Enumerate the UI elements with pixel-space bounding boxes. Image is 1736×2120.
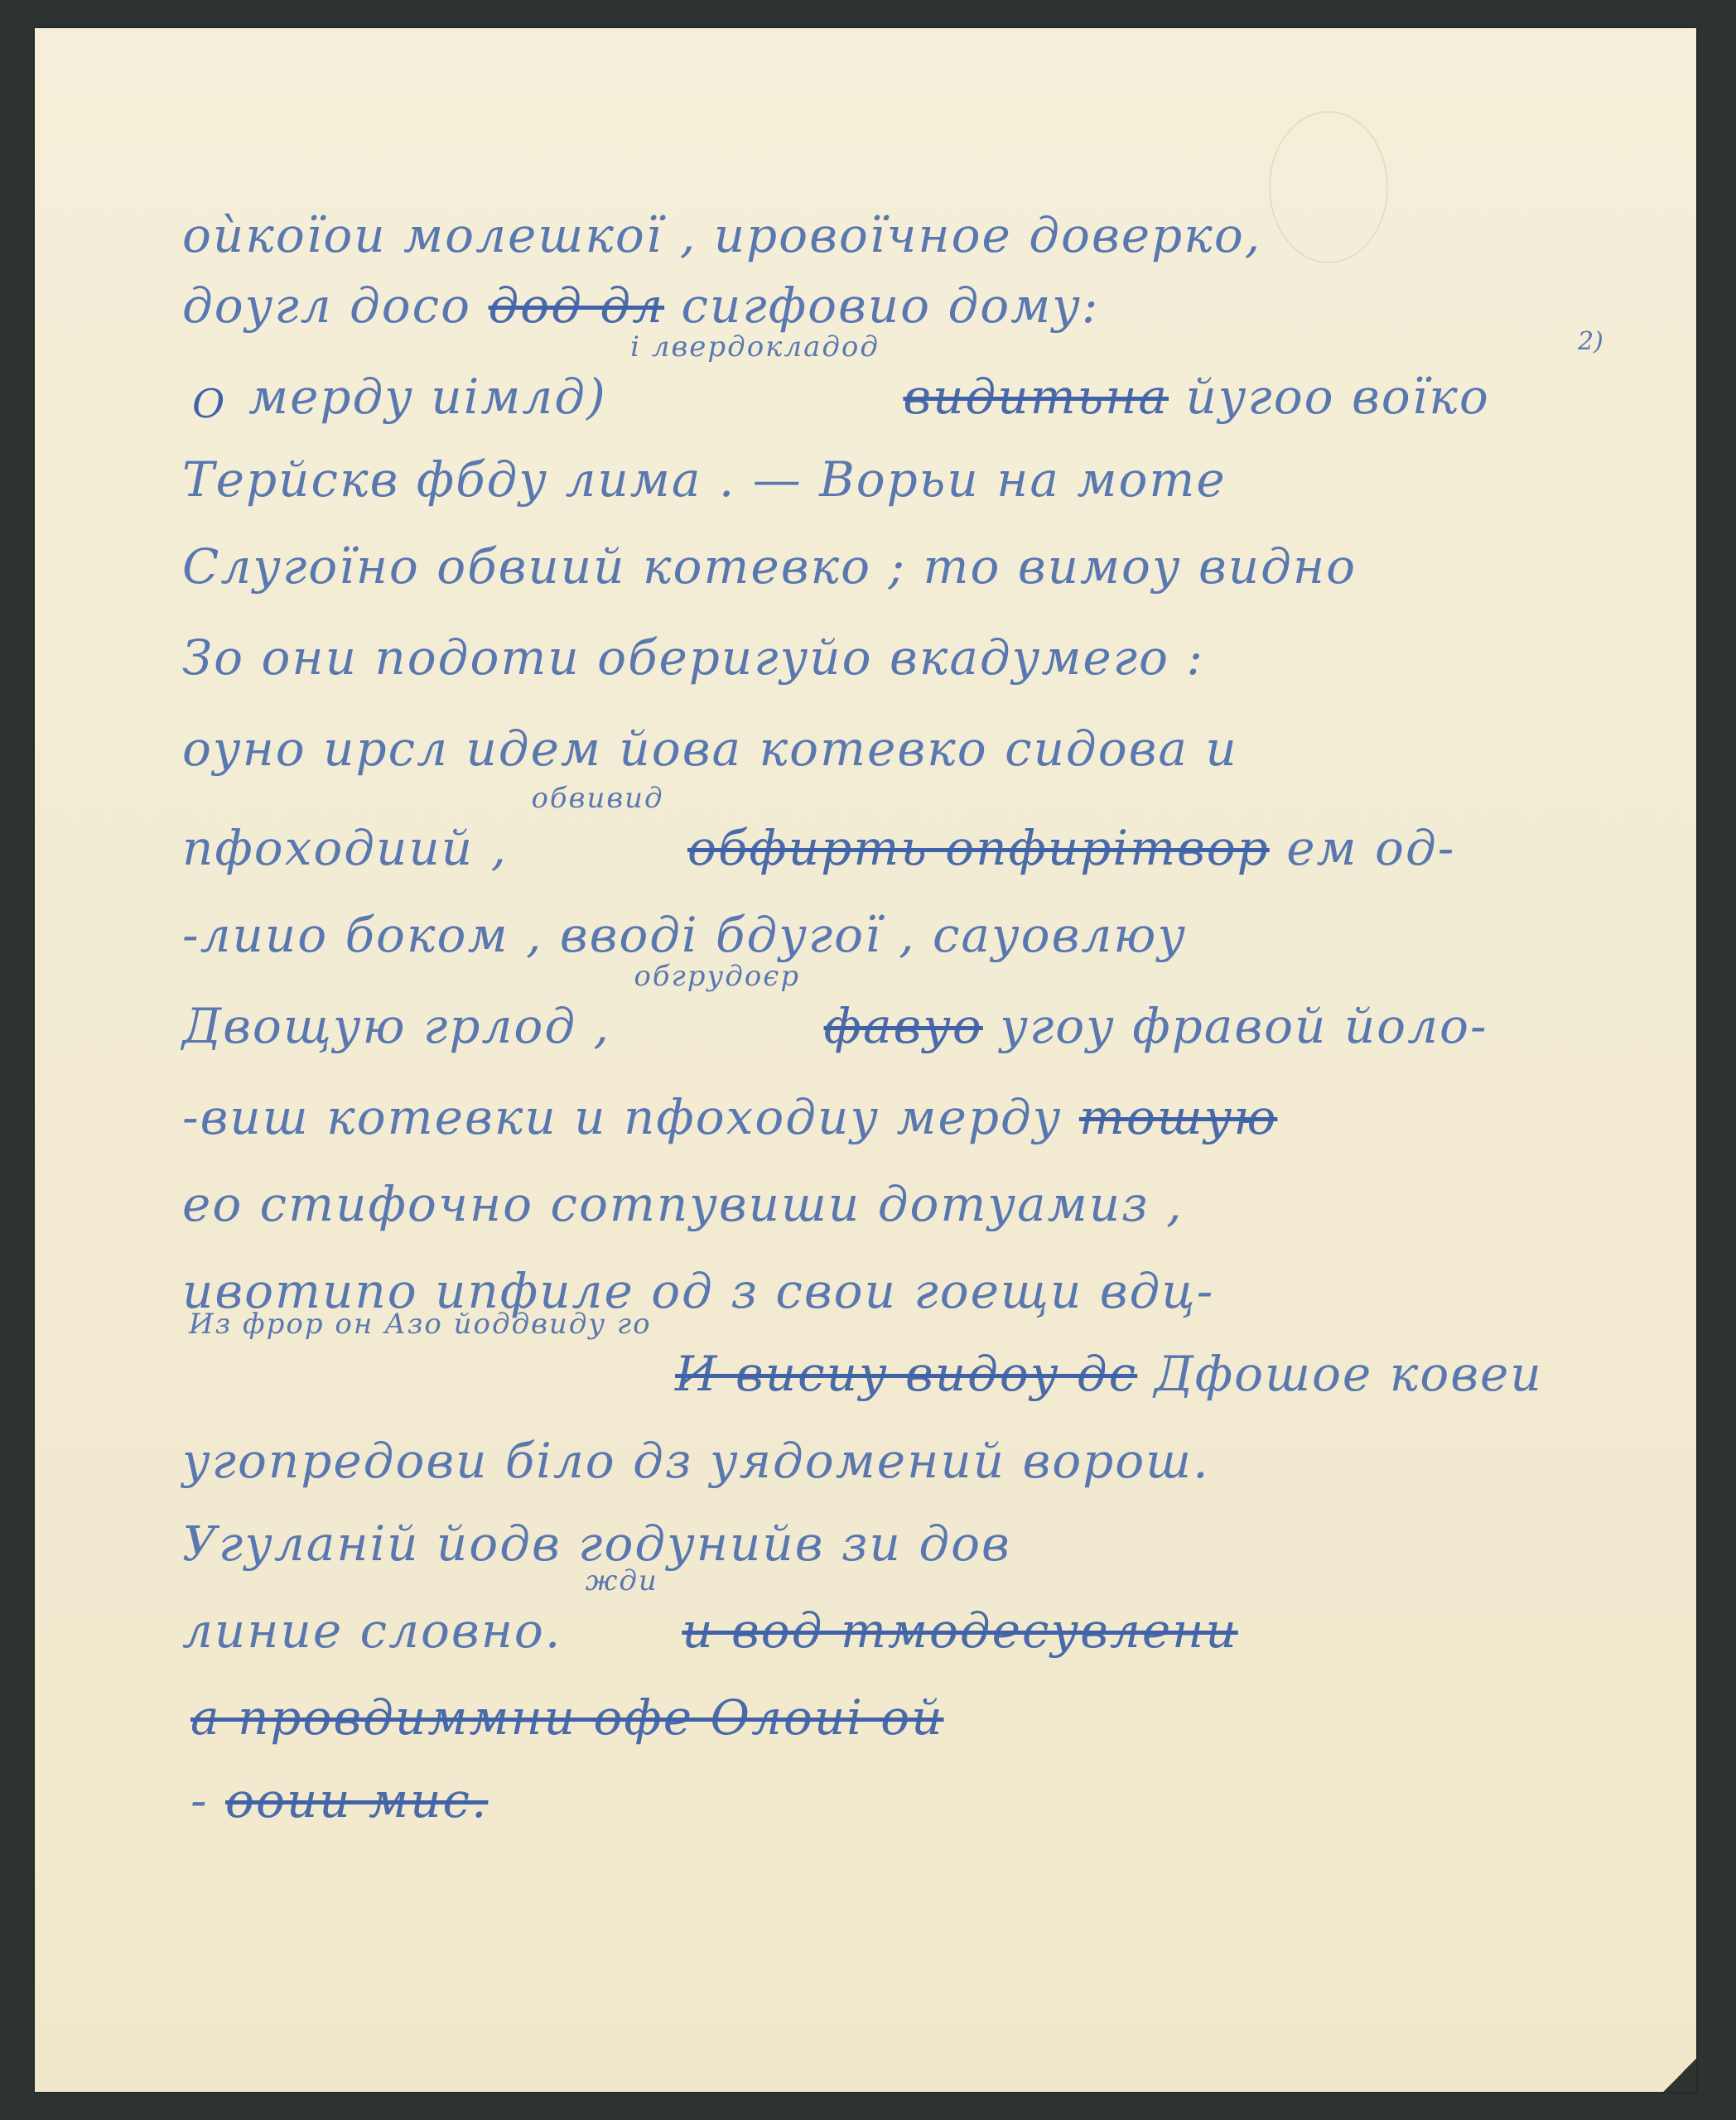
manuscript-line: пфоходиий , обвивид обфирть опфирітвор е… bbox=[182, 820, 1455, 919]
embossed-seal bbox=[1269, 111, 1388, 263]
line-text: угопредови біло дз уядомений ворош. bbox=[182, 1433, 1210, 1489]
line-text: линие словно. bbox=[182, 1602, 562, 1659]
interlinear-insertion: і лвердокладод bbox=[630, 330, 880, 364]
manuscript-line: Из фрор он Азо йоддвиду го И висиу видоу… bbox=[182, 1346, 1543, 1445]
margin-mark: O bbox=[192, 381, 224, 427]
struck-text: фавуо bbox=[824, 998, 983, 1054]
line-text: - bbox=[190, 1772, 209, 1828]
line-text: угоу фравой йоло- bbox=[1000, 998, 1488, 1054]
line-text: Дфошое ковеи bbox=[1155, 1346, 1543, 1402]
line-text: доугл досо bbox=[182, 277, 471, 334]
line-text: Угуланій йодв годунийв зи дов bbox=[182, 1515, 1011, 1572]
struck-text: обфирть опфирітвор bbox=[687, 820, 1270, 876]
struck-text: ооии мис. bbox=[225, 1772, 488, 1828]
line-text: сигфовио дому: bbox=[682, 277, 1100, 334]
manuscript-line: - ооии мис. bbox=[190, 1772, 488, 1872]
struck-text: тошую bbox=[1079, 1089, 1278, 1145]
manuscript-line: Двощую грлод , обгрудоєр фавуо угоу фрав… bbox=[182, 998, 1488, 1097]
interlinear-insertion: обгрудоєр bbox=[634, 960, 800, 993]
manuscript-line: Слугоїно обвиий котевко ; то вимоу видно bbox=[182, 538, 1357, 638]
line-text: оуно ирсл идем йова котевко сидова и bbox=[182, 720, 1238, 777]
line-text: мерду иімлд) bbox=[248, 369, 607, 425]
struck-text: видитьна bbox=[903, 369, 1169, 425]
struck-text: дод дл bbox=[489, 277, 665, 334]
struck-text: а провдиммни офе Олоиі ой bbox=[190, 1689, 944, 1746]
manuscript-line: Зо они подоти оберигуйо вкадумего : bbox=[182, 629, 1204, 729]
manuscript-line: Терйскв фбду лима . — Ворьи на моте bbox=[182, 451, 1227, 551]
line-text: оѝкоїои молешкої , ировоїчное доверко, bbox=[182, 207, 1261, 263]
line-text: -виш котевки и пфоходиу мерду bbox=[182, 1089, 1062, 1145]
interlinear-insertion: Из фрор он Азо йоддвиду го bbox=[189, 1308, 652, 1341]
line-text: пфоходиий , bbox=[182, 820, 508, 876]
struck-text: И висиу видоу дс bbox=[675, 1346, 1137, 1402]
manuscript-line: ео стифочно сотпувиши дотуамиз , bbox=[182, 1176, 1184, 1275]
line-text: ем од- bbox=[1286, 820, 1455, 876]
manuscript-line: линие словно. жди и вод тмодесувлени bbox=[182, 1602, 1238, 1702]
line-text: Слугоїно обвиий котевко ; то вимоу видно bbox=[182, 538, 1357, 595]
line-text: ео стифочно сотпувиши дотуамиз , bbox=[182, 1176, 1184, 1232]
footnote-mark: 2) bbox=[1578, 327, 1603, 356]
struck-text: и вод тмодесувлени bbox=[682, 1602, 1237, 1659]
line-text: йугоо воїко bbox=[1185, 369, 1489, 425]
manuscript-line: -виш котевки и пфоходиу мерду тошую bbox=[182, 1089, 1277, 1188]
interlinear-insertion: обвивид bbox=[531, 782, 663, 815]
line-text: -лиио боком , вводі бдугої , сауовлюу bbox=[182, 907, 1187, 963]
line-text: Двощую грлод , bbox=[182, 998, 610, 1054]
line-text: Зо они подоти оберигуйо вкадумего : bbox=[182, 629, 1204, 686]
manuscript-line: оуно ирсл идем йова котевко сидова и bbox=[182, 720, 1238, 820]
interlinear-insertion: жди bbox=[586, 1564, 658, 1597]
line-text: Терйскв фбду лима . — Ворьи на моте bbox=[182, 451, 1227, 508]
